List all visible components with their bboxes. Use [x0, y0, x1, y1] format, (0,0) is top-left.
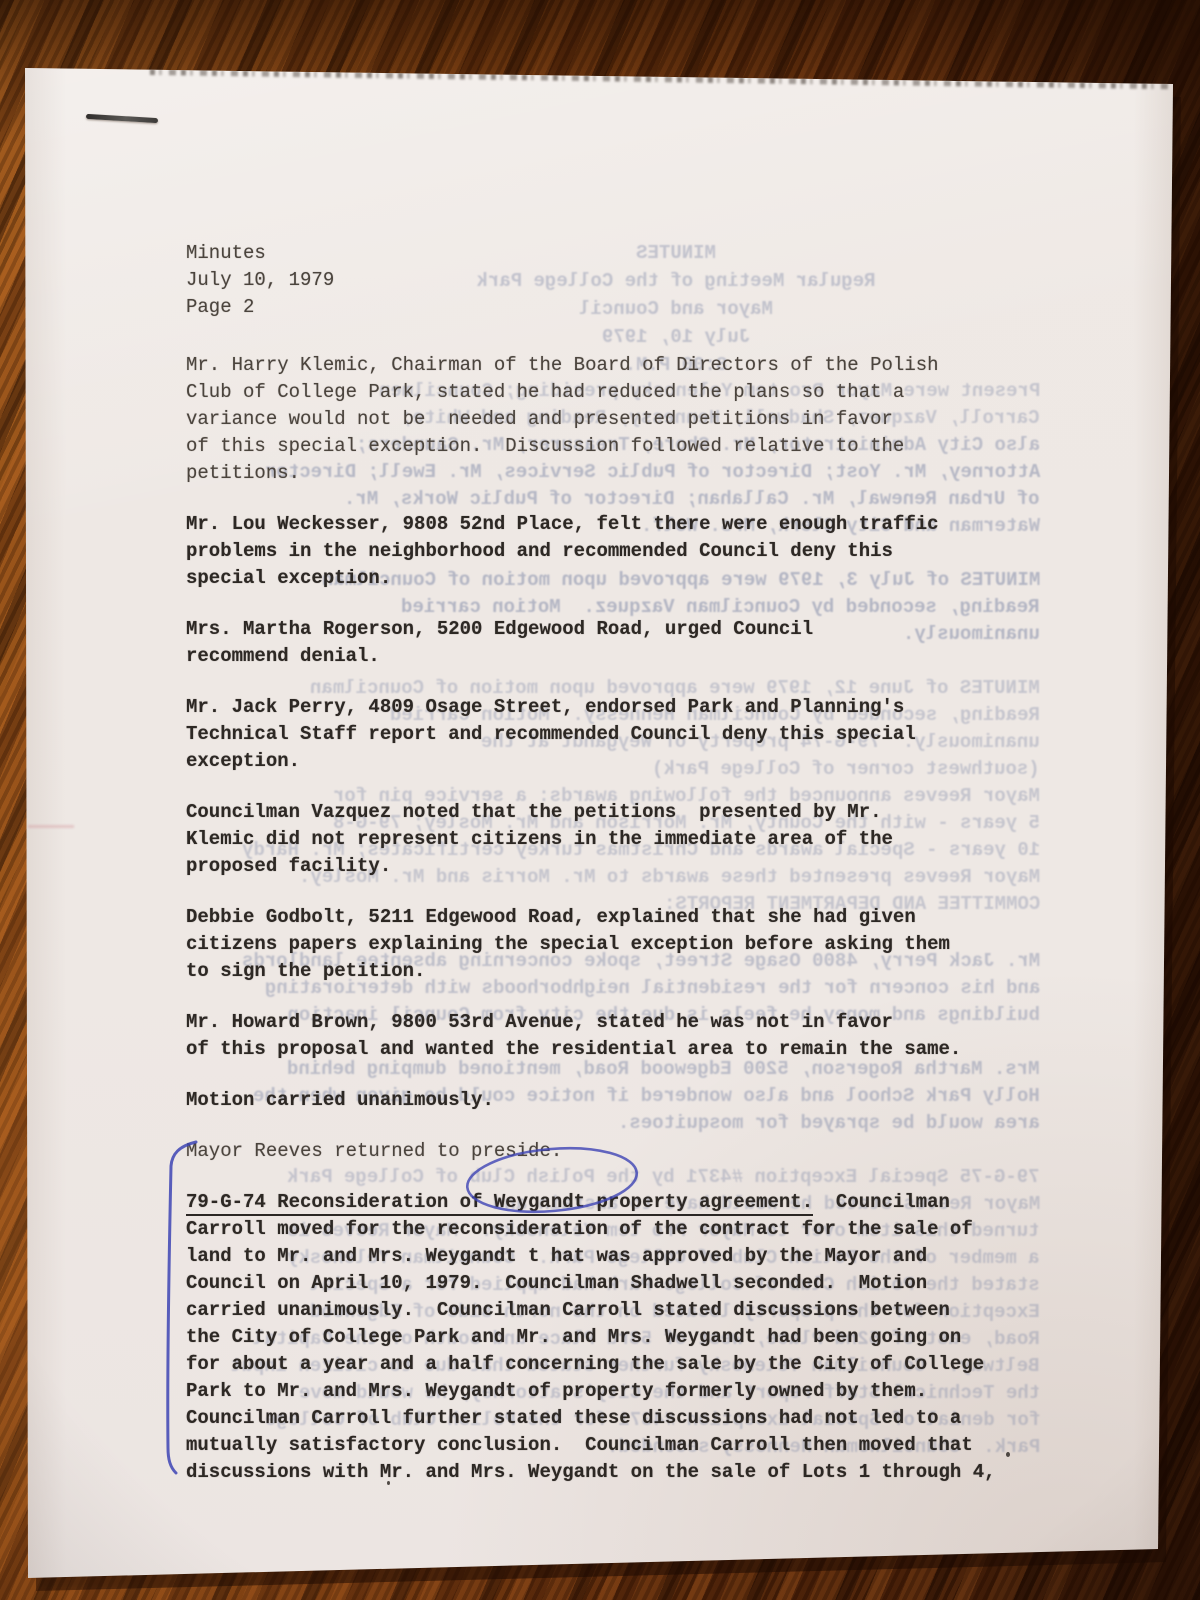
typed-line: for about a year and a half concerning t… [186, 1351, 1066, 1378]
typed-line: of this proposal and wanted the resident… [186, 1036, 1066, 1063]
typed-line: to sign the petition. [186, 958, 1066, 985]
doc-paragraph: Mayor Reeves returned to preside. [186, 1138, 1066, 1165]
pink-smudge [28, 825, 74, 828]
typed-line: mutually satisfactory conclusion. Counci… [186, 1432, 1066, 1459]
typed-line: Mrs. Martha Rogerson, 5200 Edgewood Road… [186, 616, 1066, 643]
typed-line: Minutes [186, 240, 1066, 267]
doc-paragraph: Mrs. Martha Rogerson, 5200 Edgewood Road… [186, 616, 1066, 670]
doc-paragraph: Mr. Harry Klemic, Chairman of the Board … [186, 352, 1066, 487]
typed-line: Councilman Carroll further stated these … [186, 1405, 1066, 1432]
doc-paragraph: Mr. Jack Perry, 4809 Osage Street, endor… [186, 694, 1066, 775]
photo-of-meeting-minutes: MINUTESRegular Meeting of the College Pa… [0, 0, 1200, 1600]
typed-document: MinutesJuly 10, 1979Page 2 Mr. Harry Kle… [186, 240, 1066, 1510]
doc-paragraph: 79-G-74 Reconsideration of Weygandt prop… [186, 1189, 1066, 1486]
typed-line: Mr. Howard Brown, 9800 53rd Avenue, stat… [186, 1009, 1066, 1036]
typed-line: Mr. Harry Klemic, Chairman of the Board … [186, 352, 1066, 379]
typed-line: Technical Staff report and recommended C… [186, 721, 1066, 748]
typed-line: Debbie Godbolt, 5211 Edgewood Road, expl… [186, 904, 1066, 931]
typed-line: Mr. Jack Perry, 4809 Osage Street, endor… [186, 694, 1066, 721]
doc-header: MinutesJuly 10, 1979Page 2 [186, 240, 1066, 321]
typed-line: Club of College Park, stated he had redu… [186, 379, 1066, 406]
typed-line: Motion carried unanimously. [186, 1087, 1066, 1114]
typed-line: variance would not be needed and present… [186, 406, 1066, 433]
typed-line: Councilman Vazquez noted that the petiti… [186, 799, 1066, 826]
minutes-page: MINUTESRegular Meeting of the College Pa… [20, 60, 1180, 1585]
typed-line: of this special exception. Discussion fo… [186, 433, 1066, 460]
doc-paragraph: Councilman Vazquez noted that the petiti… [186, 799, 1066, 880]
typed-line: Mayor Reeves returned to preside. [186, 1138, 1066, 1165]
typed-line: Page 2 [186, 294, 1066, 321]
typed-line: petitions. [186, 460, 1066, 487]
doc-paragraphs: Mr. Harry Klemic, Chairman of the Board … [186, 352, 1066, 1486]
typed-line: citizens papers explaining the special e… [186, 931, 1066, 958]
typed-line: carried unanimously. Councilman Carroll … [186, 1297, 1066, 1324]
typed-line: Council on April 10, 1979. Councilman Sh… [186, 1270, 1066, 1297]
doc-paragraph: Debbie Godbolt, 5211 Edgewood Road, expl… [186, 904, 1066, 985]
typed-line: Carroll moved for the reconsideration of… [186, 1216, 1066, 1243]
typed-line: July 10, 1979 [186, 267, 1066, 294]
underlined-agenda-heading: 79-G-74 Reconsideration of Weygandt prop… [186, 1191, 813, 1216]
doc-paragraph: Mr. Howard Brown, 9800 53rd Avenue, stat… [186, 1009, 1066, 1063]
staple [86, 114, 158, 123]
typed-line: Park to Mr. and Mrs. Weygandt of propert… [186, 1378, 1066, 1405]
typed-line: exception. [186, 748, 1066, 775]
typed-line: proposed facility. [186, 853, 1066, 880]
typed-line: discussions with Mr. and Mrs. Weygandt o… [186, 1459, 1066, 1486]
typed-line: Mr. Lou Weckesser, 9808 52nd Place, felt… [186, 511, 1066, 538]
typed-line: Klemic did not represent citizens in the… [186, 826, 1066, 853]
typed-line: land to Mr. and Mrs. Weygandt t hat was … [186, 1243, 1066, 1270]
typed-line: 79-G-74 Reconsideration of Weygandt prop… [186, 1189, 1066, 1216]
doc-paragraph: Mr. Lou Weckesser, 9808 52nd Place, felt… [186, 511, 1066, 592]
doc-paragraph: Motion carried unanimously. [186, 1087, 1066, 1114]
ink-speck [387, 1481, 390, 1485]
typed-line: recommend denial. [186, 643, 1066, 670]
typed-line: special exception. [186, 565, 1066, 592]
typed-line: the City of College Park and Mr. and Mrs… [186, 1324, 1066, 1351]
ink-speck [1006, 1452, 1010, 1457]
typed-line: problems in the neighborhood and recomme… [186, 538, 1066, 565]
